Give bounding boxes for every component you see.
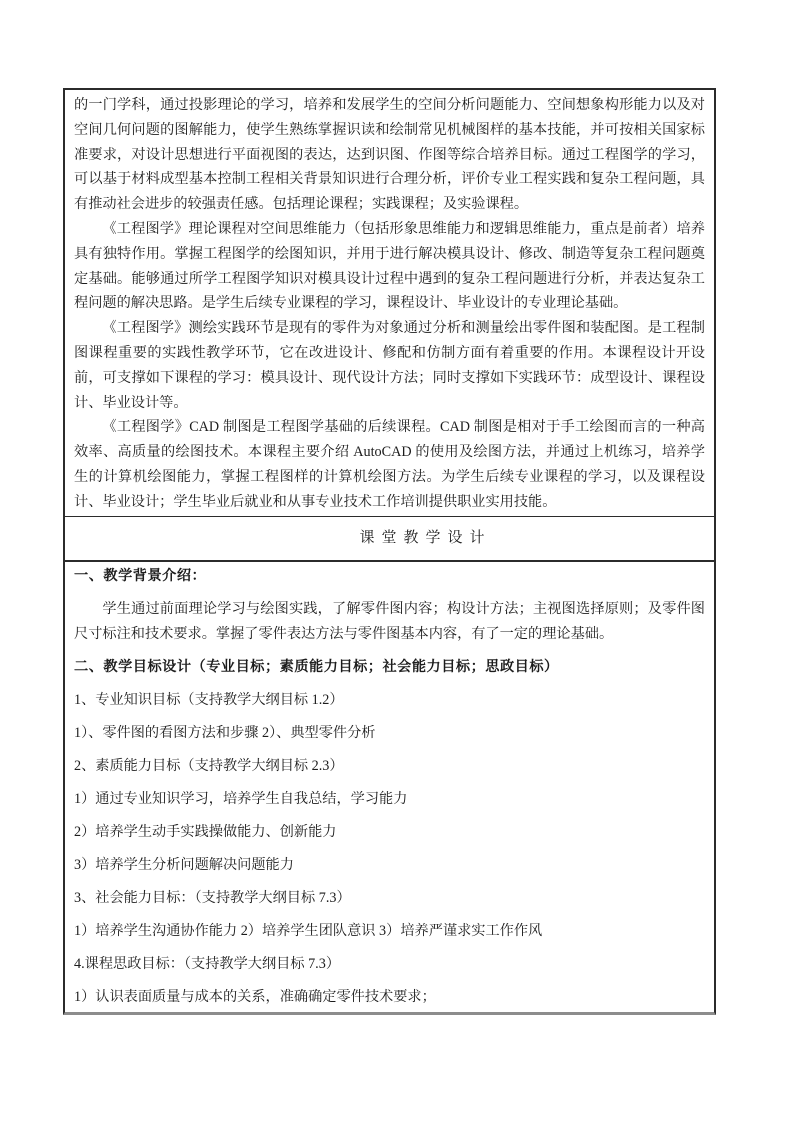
course-overview-paragraph: 《工程图学》理论课程对空间思维能力（包括形象思维能力和逻辑思维能力，重点是前者）… [74,217,705,316]
lesson-design-paragraph: 4.课程思政目标：（支持教学大纲目标 7.3） [74,952,705,977]
content-table: 的一门学科，通过投影理论的学习，培养和发展学生的空间分析问题能力、空间想象构形能… [63,88,716,1015]
course-overview-paragraph: 的一门学科，通过投影理论的学习，培养和发展学生的空间分析问题能力、空间想象构形能… [74,93,705,217]
lesson-design-section: 一、教学背景介绍：学生通过前面理论学习与绘图实践，了解零件图内容；构设计方法；主… [65,562,714,1012]
course-overview-paragraph: 《工程图学》CAD 制图是工程图学基础的后续课程。CAD 制图是相对于手工绘图而… [74,415,705,514]
course-overview-section: 的一门学科，通过投影理论的学习，培养和发展学生的空间分析问题能力、空间想象构形能… [65,90,714,517]
lesson-design-paragraph: 2、素质能力目标（支持教学大纲目标 2.3） [74,754,705,779]
lesson-design-paragraph: 2）培养学生动手实践操做能力、创新能力 [74,820,705,845]
document-page: 的一门学科，通过投影理论的学习，培养和发展学生的空间分析问题能力、空间想象构形能… [0,0,794,1123]
table-section-title: 课堂教学设计 [65,517,714,562]
lesson-design-paragraph: 1）通过专业知识学习，培养学生自我总结，学习能力 [74,787,705,812]
course-overview-paragraph: 《工程图学》测绘实践环节是现有的零件为对象通过分析和测量绘出零件图和装配图。是工… [74,316,705,415]
lesson-design-paragraph: 3、社会能力目标：（支持教学大纲目标 7.3） [74,886,705,911]
lesson-design-paragraph: 1）、零件图的看图方法和步骤 2）、典型零件分析 [74,721,705,746]
lesson-design-paragraph: 3）培养学生分析问题解决问题能力 [74,853,705,878]
lesson-design-paragraph: 学生通过前面理论学习与绘图实践，了解零件图内容；构设计方法；主视图选择原则；及零… [74,597,705,647]
lesson-design-paragraph: 1）培养学生沟通协作能力 2）培养学生团队意识 3）培养严谨求实工作作风 [74,919,705,944]
lesson-design-paragraph: 二、教学目标设计（专业目标；素质能力目标；社会能力目标；思政目标） [74,655,705,680]
lesson-design-paragraph: 1）认识表面质量与成本的关系，准确确定零件技术要求； [74,985,705,1010]
lesson-design-paragraph: 1、专业知识目标（支持教学大纲目标 1.2） [74,688,705,713]
lesson-design-paragraph: 一、教学背景介绍： [74,564,705,589]
